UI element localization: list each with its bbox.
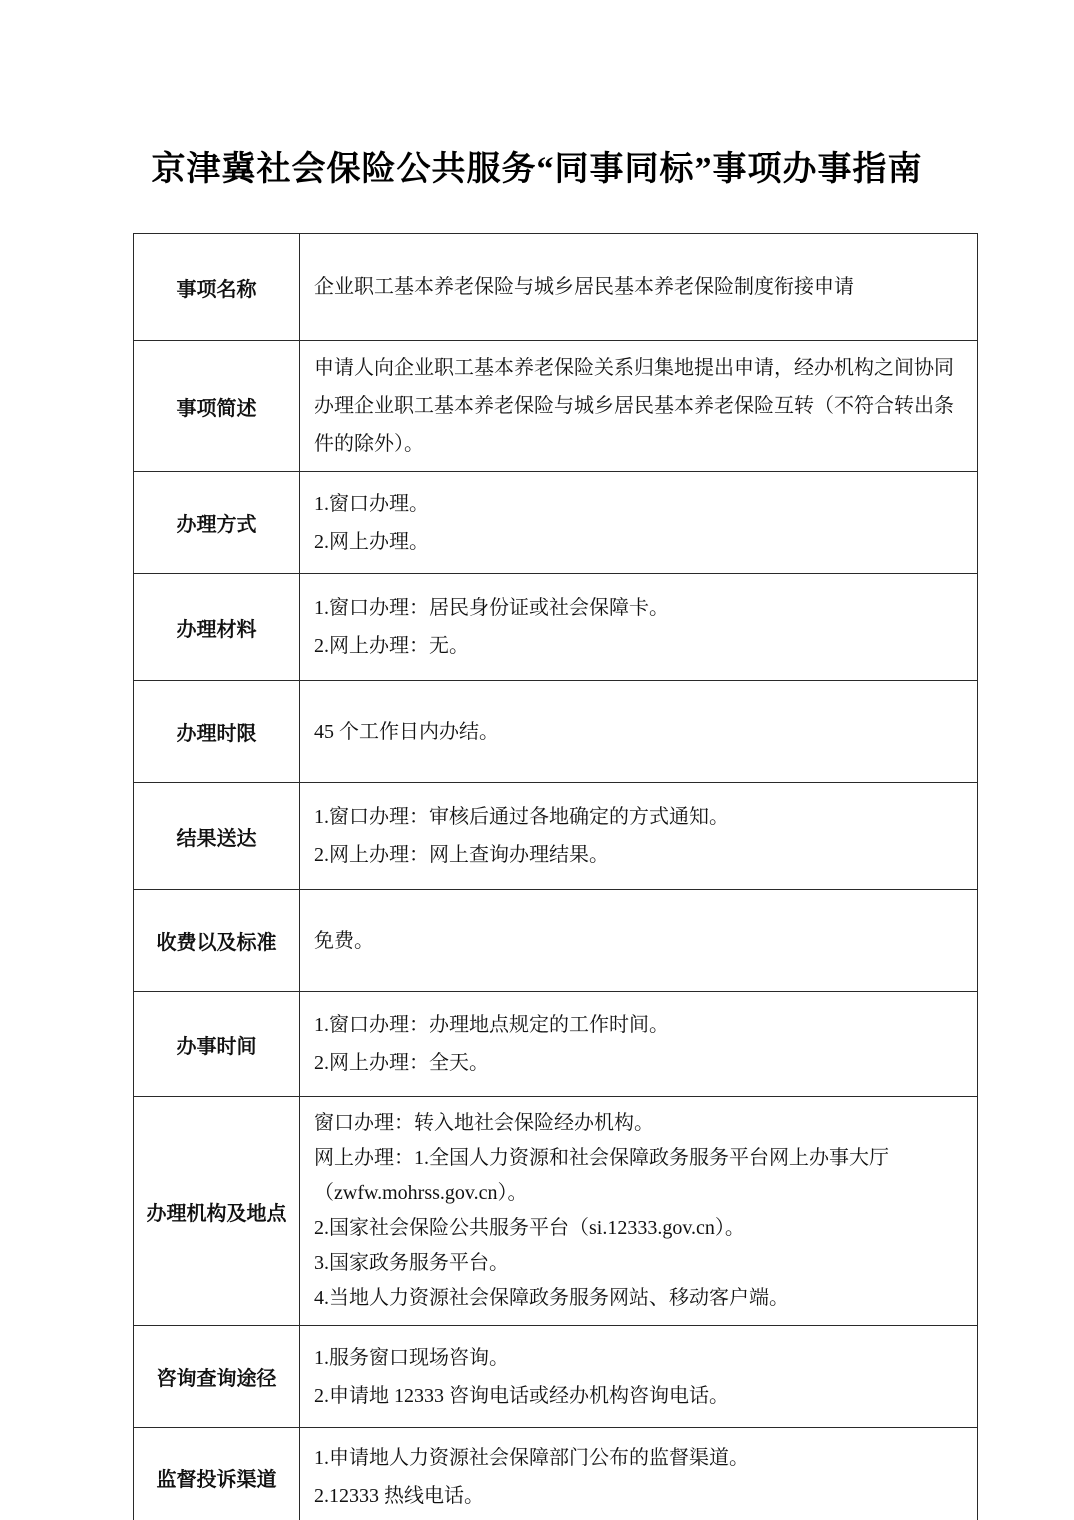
table-row-agency-location: 办理机构及地点 窗口办理：转入地社会保险经办机构。 网上办理：1.全国人力资源和…: [134, 1097, 978, 1326]
row-content: 1.窗口办理：居民身份证或社会保障卡。 2.网上办理：无。: [300, 574, 978, 681]
content-line: 2.国家社会保险公共服务平台（si.12333.gov.cn）。: [314, 1211, 965, 1246]
content-line: 2.网上办理：网上查询办理结果。: [314, 836, 965, 874]
row-content: 1.申请地人力资源社会保障部门公布的监督渠道。 2.12333 热线电话。: [300, 1428, 978, 1520]
table-row-result-delivery: 结果送达 1.窗口办理：审核后通过各地确定的方式通知。 2.网上办理：网上查询办…: [134, 783, 978, 890]
content-line: 窗口办理：转入地社会保险经办机构。: [314, 1106, 965, 1141]
guide-table: 事项名称 企业职工基本养老保险与城乡居民基本养老保险制度衔接申请 事项简述 申请…: [133, 233, 978, 1520]
content-line: 1.窗口办理：办理地点规定的工作时间。: [314, 1006, 965, 1044]
row-content: 1.服务窗口现场咨询。 2.申请地 12333 咨询电话或经办机构咨询电话。: [300, 1326, 978, 1428]
row-label: 办事时间: [134, 992, 300, 1097]
row-label: 结果送达: [134, 783, 300, 890]
row-label: 办理方式: [134, 472, 300, 574]
table-row-item-name: 事项名称 企业职工基本养老保险与城乡居民基本养老保险制度衔接申请: [134, 234, 978, 341]
content-line: 1.窗口办理：审核后通过各地确定的方式通知。: [314, 798, 965, 836]
row-label: 办理机构及地点: [134, 1097, 300, 1326]
row-label: 收费以及标准: [134, 890, 300, 992]
content-line: 4.当地人力资源社会保障政务服务网站、移动客户端。: [314, 1281, 965, 1316]
content-line: 网上办理：1.全国人力资源和社会保障政务服务平台网上办事大厅: [314, 1141, 965, 1176]
table-row-complaint-channels: 监督投诉渠道 1.申请地人力资源社会保障部门公布的监督渠道。 2.12333 热…: [134, 1428, 978, 1520]
row-label: 事项简述: [134, 341, 300, 472]
row-label: 办理材料: [134, 574, 300, 681]
page-title: 京津冀社会保险公共服务“同事同标”事项办事指南: [0, 141, 1074, 190]
content-line: 1.申请地人力资源社会保障部门公布的监督渠道。: [314, 1439, 965, 1477]
content-line: 2.网上办理。: [314, 523, 965, 561]
content-line: 3.国家政务服务平台。: [314, 1246, 965, 1281]
content-line: 2.12333 热线电话。: [314, 1477, 965, 1515]
table-row-service-hours: 办事时间 1.窗口办理：办理地点规定的工作时间。 2.网上办理：全天。: [134, 992, 978, 1097]
content-line: 1.窗口办理：居民身份证或社会保障卡。: [314, 589, 965, 627]
content-line: 1.窗口办理。: [314, 485, 965, 523]
content-line: 1.服务窗口现场咨询。: [314, 1339, 965, 1377]
row-label: 咨询查询途径: [134, 1326, 300, 1428]
content-line: 45 个工作日内办结。: [314, 713, 965, 751]
row-content: 1.窗口办理：审核后通过各地确定的方式通知。 2.网上办理：网上查询办理结果。: [300, 783, 978, 890]
row-content: 免费。: [300, 890, 978, 992]
row-content: 企业职工基本养老保险与城乡居民基本养老保险制度衔接申请: [300, 234, 978, 341]
content-line: 企业职工基本养老保险与城乡居民基本养老保险制度衔接申请: [314, 268, 965, 306]
row-label: 事项名称: [134, 234, 300, 341]
content-line: 免费。: [314, 922, 965, 960]
row-content: 窗口办理：转入地社会保险经办机构。 网上办理：1.全国人力资源和社会保障政务服务…: [300, 1097, 978, 1326]
row-label: 监督投诉渠道: [134, 1428, 300, 1520]
table-row-handling-method: 办理方式 1.窗口办理。 2.网上办理。: [134, 472, 978, 574]
content-line: 2.申请地 12333 咨询电话或经办机构咨询电话。: [314, 1377, 965, 1415]
row-content: 1.窗口办理：办理地点规定的工作时间。 2.网上办理：全天。: [300, 992, 978, 1097]
row-label: 办理时限: [134, 681, 300, 783]
table-row-time-limit: 办理时限 45 个工作日内办结。: [134, 681, 978, 783]
table-row-item-summary: 事项简述 申请人向企业职工基本养老保险关系归集地提出申请，经办机构之间协同办理企…: [134, 341, 978, 472]
row-content: 申请人向企业职工基本养老保险关系归集地提出申请，经办机构之间协同办理企业职工基本…: [300, 341, 978, 472]
content-line: 2.网上办理：全天。: [314, 1044, 965, 1082]
row-content: 45 个工作日内办结。: [300, 681, 978, 783]
table-row-inquiry-channels: 咨询查询途径 1.服务窗口现场咨询。 2.申请地 12333 咨询电话或经办机构…: [134, 1326, 978, 1428]
row-content: 1.窗口办理。 2.网上办理。: [300, 472, 978, 574]
content-line: 2.网上办理：无。: [314, 627, 965, 665]
document-page: 京津冀社会保险公共服务“同事同标”事项办事指南 事项名称 企业职工基本养老保险与…: [0, 0, 1074, 1520]
content-line: （zwfw.mohrss.gov.cn）。: [314, 1176, 965, 1211]
table-row-fees: 收费以及标准 免费。: [134, 890, 978, 992]
content-line: 申请人向企业职工基本养老保险关系归集地提出申请，经办机构之间协同办理企业职工基本…: [314, 349, 965, 463]
table-row-materials: 办理材料 1.窗口办理：居民身份证或社会保障卡。 2.网上办理：无。: [134, 574, 978, 681]
